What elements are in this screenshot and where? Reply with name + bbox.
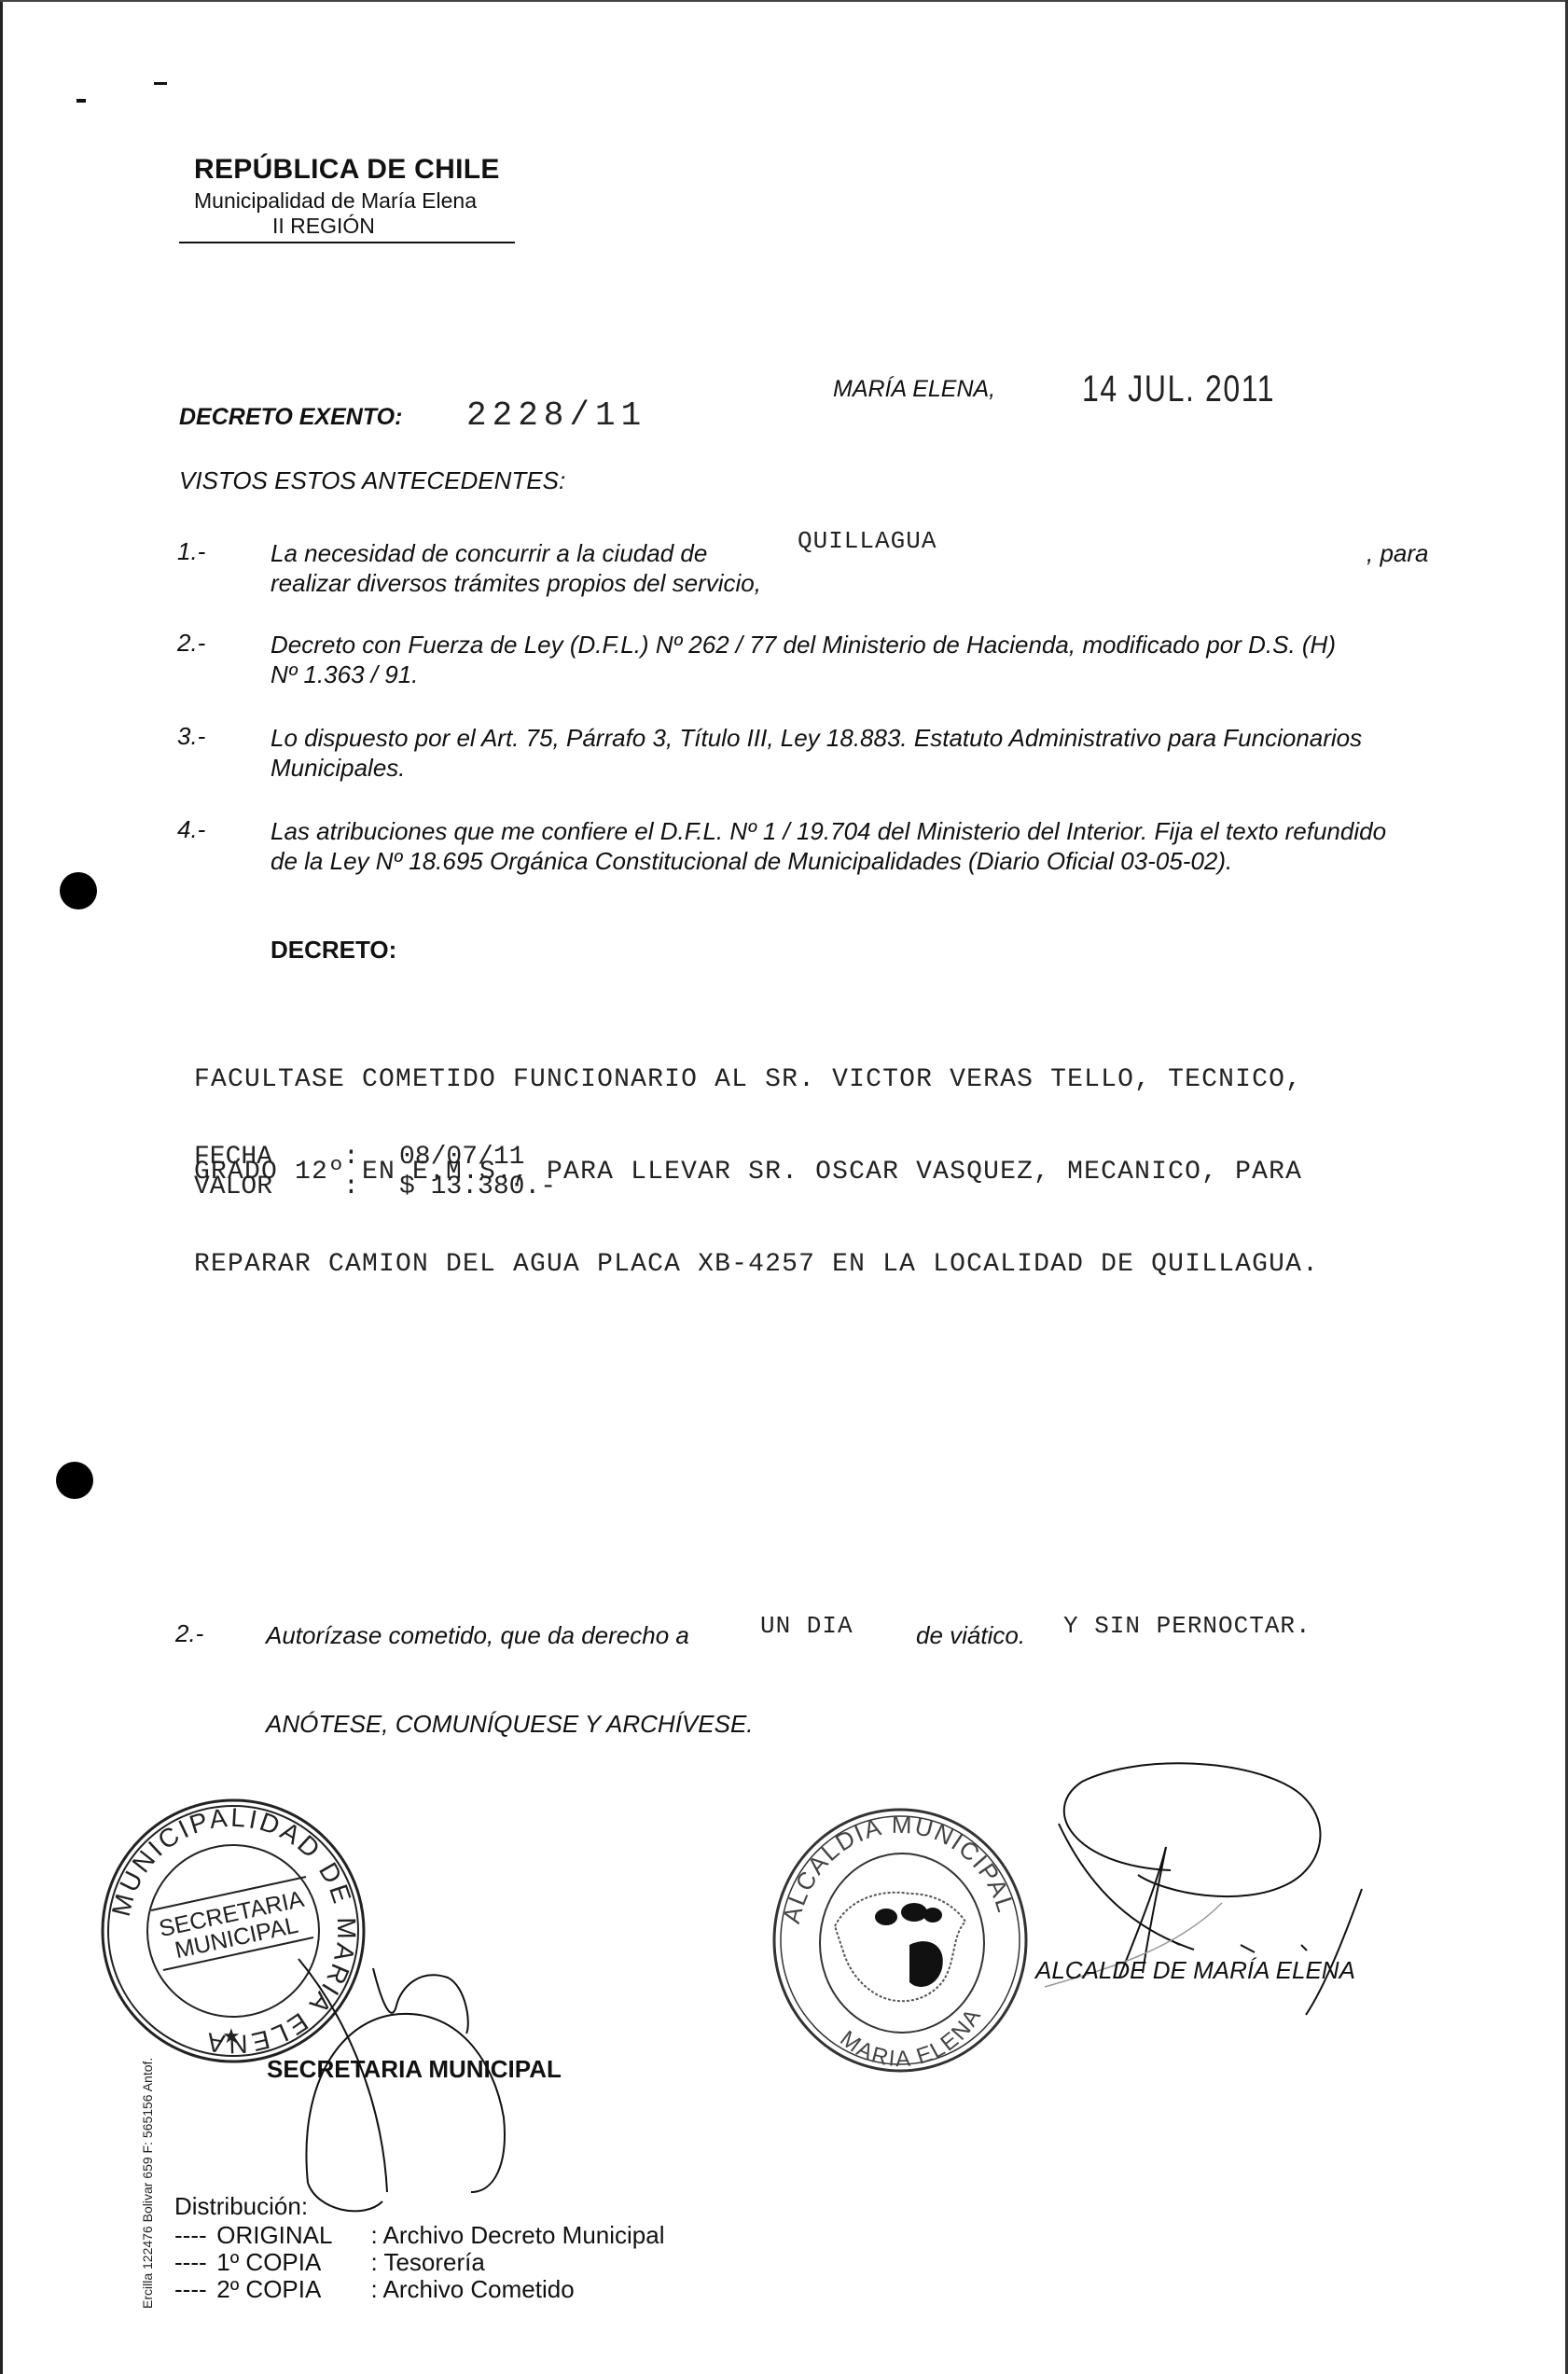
field-separator: : [343, 1143, 359, 1172]
item-text-line2: de la Ley Nº 18.695 Orgánica Constitucio… [271, 845, 1558, 877]
alcaldia-stamp: ALCALDIA MUNICIPAL MARIA ELENA [770, 1805, 1031, 2076]
header-region: II REGIÓN [272, 214, 375, 239]
point2-text-mid: de viático. [916, 1619, 1025, 1651]
decree-date-stamp: 14 JUL. 2011 [1082, 368, 1275, 410]
printer-imprint: Ercilla 122476 Bolivar 659 F: 565156 Ant… [140, 2058, 155, 2309]
decreto-body-line: GRADO 12º EN E.M.S., PARA LLEVAR SR. OSC… [194, 1157, 1319, 1187]
stamp-ring-top: ALCALDIA MUNICIPAL [777, 1811, 1020, 1926]
distribution-destination: : Tesorería [370, 2248, 484, 2276]
secretaria-signature-label: SECRETARIA MUNICIPAL [267, 2055, 562, 2084]
scan-top-edge [0, 0, 1568, 2]
star-icon: ★ [222, 2024, 241, 2048]
field-value: 08/07/11 [399, 1143, 524, 1172]
item-text-suffix: , para [1367, 537, 1429, 569]
item-text-line1: Decreto con Fuerza de Ley (D.F.L.) Nº 26… [271, 629, 1558, 660]
item-number: 3.- [177, 722, 205, 751]
item-number: 4.- [177, 815, 205, 844]
scan-speck [154, 82, 167, 85]
scan-left-edge [0, 0, 3, 2374]
item-text: La necesidad de concurrir a la ciudad de [271, 537, 707, 569]
distribution-dash: ---- [174, 2221, 210, 2250]
closing-formula: ANÓTESE, COMUNÍQUESE Y ARCHÍVESE. [266, 1710, 754, 1739]
decree-number: 2228/11 [466, 396, 646, 435]
distribution-row: ---- 2º COPIA : Archivo Cometido [174, 2275, 575, 2304]
distribution-copy: 1º COPIA [216, 2248, 364, 2277]
stamp-ring-bottom: MARIA ELENA [836, 2004, 987, 2073]
header-municipality: Municipalidad de María Elena [194, 188, 477, 214]
distribution-dash: ---- [174, 2248, 210, 2277]
decreto-body-line: REPARAR CAMION DEL AGUA PLACA XB-4257 EN… [194, 1249, 1319, 1280]
decree-label: DECRETO EXENTO: [179, 404, 402, 431]
decreto-heading: DECRETO: [271, 936, 396, 965]
typed-city: QUILLAGUA [798, 527, 937, 555]
distribution-title: Distribución: [174, 2192, 308, 2221]
decreto-body-line: FACULTASE COMETIDO FUNCIONARIO AL SR. VI… [194, 1064, 1319, 1095]
point2-text: Autorízase cometido, que da derecho a [266, 1619, 689, 1651]
distribution-dash: ---- [174, 2275, 210, 2304]
item-number: 2.- [177, 629, 205, 658]
alcalde-signature-label: ALCALDE DE MARÍA ELENA [1035, 1956, 1355, 1985]
secretaria-signature [280, 1950, 560, 2229]
distribution-copy: 2º COPIA [216, 2275, 364, 2304]
distribution-destination: : Archivo Cometido [370, 2275, 574, 2303]
svg-text:ALCALDIA MUNICIPAL: ALCALDIA MUNICIPAL [777, 1811, 1020, 1926]
field-value: $ 13.380.- [399, 1173, 556, 1201]
field-label: FECHA [194, 1143, 272, 1172]
punch-hole [56, 1462, 93, 1499]
distribution-destination: : Archivo Decreto Municipal [370, 2221, 664, 2249]
item-number: 1.- [177, 537, 205, 566]
field-label: VALOR [194, 1173, 272, 1201]
coat-of-arms-icon [835, 1893, 965, 2001]
item-text-line2: realizar diversos trámites propios del s… [271, 567, 761, 599]
item-text-line2: Nº 1.363 / 91. [271, 659, 1558, 690]
decreto-body: FACULTASE COMETIDO FUNCIONARIO AL SR. VI… [194, 1003, 1319, 1311]
item-text-line1: Las atribuciones que me confiere el D.F.… [271, 815, 1558, 847]
distribution-row: ---- ORIGINAL : Archivo Decreto Municipa… [174, 2221, 665, 2250]
distribution-row: ---- 1º COPIA : Tesorería [174, 2248, 485, 2277]
vistos-heading: VISTOS ESTOS ANTECEDENTES: [179, 466, 565, 495]
punch-hole [60, 872, 97, 909]
svg-text:MARIA ELENA: MARIA ELENA [836, 2004, 987, 2073]
scan-speck [76, 99, 86, 103]
item-text-line2: Municipales. [271, 752, 1558, 784]
item-number: 2.- [175, 1619, 203, 1648]
header-underline [179, 242, 515, 243]
typed-note: Y SIN PERNOCTAR. [1063, 1612, 1311, 1640]
typed-days: UN DIA [760, 1612, 853, 1640]
distribution-copy: ORIGINAL [216, 2221, 364, 2250]
header-country: REPÚBLICA DE CHILE [194, 154, 500, 186]
decree-place: MARÍA ELENA, [833, 376, 995, 403]
field-separator: : [343, 1173, 359, 1201]
item-text-line1: Lo dispuesto por el Art. 75, Párrafo 3, … [271, 722, 1558, 754]
